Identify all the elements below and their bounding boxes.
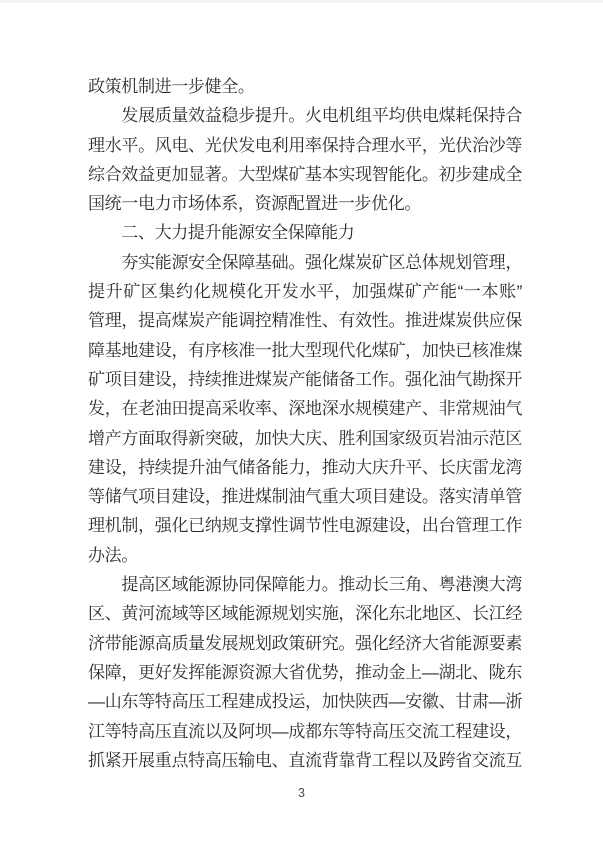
text-line: 发，在老油田提高采收率、深地深水规模建产、非常规油气: [88, 394, 522, 423]
paragraph: 夯实能源安全保障基础。强化煤炭矿区总体规划管理，提升矿区集约化规模化开发水平，加…: [88, 248, 522, 570]
text-line: 等储气项目建设，推进煤制油气重大项目建设。落实清单管: [88, 482, 522, 511]
text-line: 增产方面取得新突破，加快大庆、胜利国家级页岩油示范区: [88, 424, 522, 453]
text-line: 政策机制进一步健全。: [88, 72, 522, 101]
text-line: 保障，更好发挥能源资源大省优势，推动金上—湖北、陇东: [88, 658, 522, 687]
paragraph: 提高区域能源协同保障能力。推动长三角、粤港澳大湾区、黄河流域等区域能源规划实施，…: [88, 570, 522, 775]
text-line: 理机制，强化已纳规支撑性调节性电源建设，出台管理工作: [88, 511, 522, 540]
text-line: 江等特高压直流以及阿坝—成都东等特高压交流工程建设，: [88, 717, 522, 746]
text-line: 矿项目建设，持续推进煤炭产能储备工作。强化油气勘探开: [88, 365, 522, 394]
text-line: 提升矿区集约化规模化开发水平，加强煤矿产能“一本账”: [88, 277, 522, 306]
text-line: 障基地建设，有序核准一批大型现代化煤矿，加快已核准煤: [88, 336, 522, 365]
text-line: 综合效益更加显著。大型煤矿基本实现智能化。初步建成全: [88, 160, 522, 189]
text-line: 提高区域能源协同保障能力。推动长三角、粤港澳大湾: [88, 570, 522, 599]
text-line: 国统一电力市场体系，资源配置进一步优化。: [88, 189, 522, 218]
text-line: 发展质量效益稳步提升。火电机组平均供电煤耗保持合: [88, 101, 522, 130]
text-line: 建设，持续提升油气储备能力，推动大庆升平、长庆雷龙湾: [88, 453, 522, 482]
text-line: —山东等特高压工程建成投运，加快陕西—安徽、甘肃—浙: [88, 687, 522, 716]
heading-line: 二、大力提升能源安全保障能力: [88, 218, 522, 247]
page-top-edge: [0, 0, 603, 3]
document-page: 政策机制进一步健全。 发展质量效益稳步提升。火电机组平均供电煤耗保持合理水平。风…: [0, 0, 603, 853]
text-line: 夯实能源安全保障基础。强化煤炭矿区总体规划管理，: [88, 248, 522, 277]
section-heading: 二、大力提升能源安全保障能力: [88, 218, 522, 247]
text-line: 区、黄河流域等区域能源规划实施，深化东北地区、长江经: [88, 599, 522, 628]
paragraph: 发展质量效益稳步提升。火电机组平均供电煤耗保持合理水平。风电、光伏发电利用率保持…: [88, 101, 522, 218]
text-line: 办法。: [88, 541, 522, 570]
text-line: 抓紧开展重点特高压输电、直流背靠背工程以及跨省交流互: [88, 746, 522, 775]
page-number: 3: [0, 786, 603, 800]
text-line: 理水平。风电、光伏发电利用率保持合理水平，光伏治沙等: [88, 131, 522, 160]
text-line: 管理，提高煤炭产能调控精准性、有效性。推进煤炭供应保: [88, 306, 522, 335]
text-line: 济带能源高质量发展规划政策研究。强化经济大省能源要素: [88, 629, 522, 658]
paragraph: 政策机制进一步健全。: [88, 72, 522, 101]
page-content: 政策机制进一步健全。 发展质量效益稳步提升。火电机组平均供电煤耗保持合理水平。风…: [88, 72, 522, 775]
